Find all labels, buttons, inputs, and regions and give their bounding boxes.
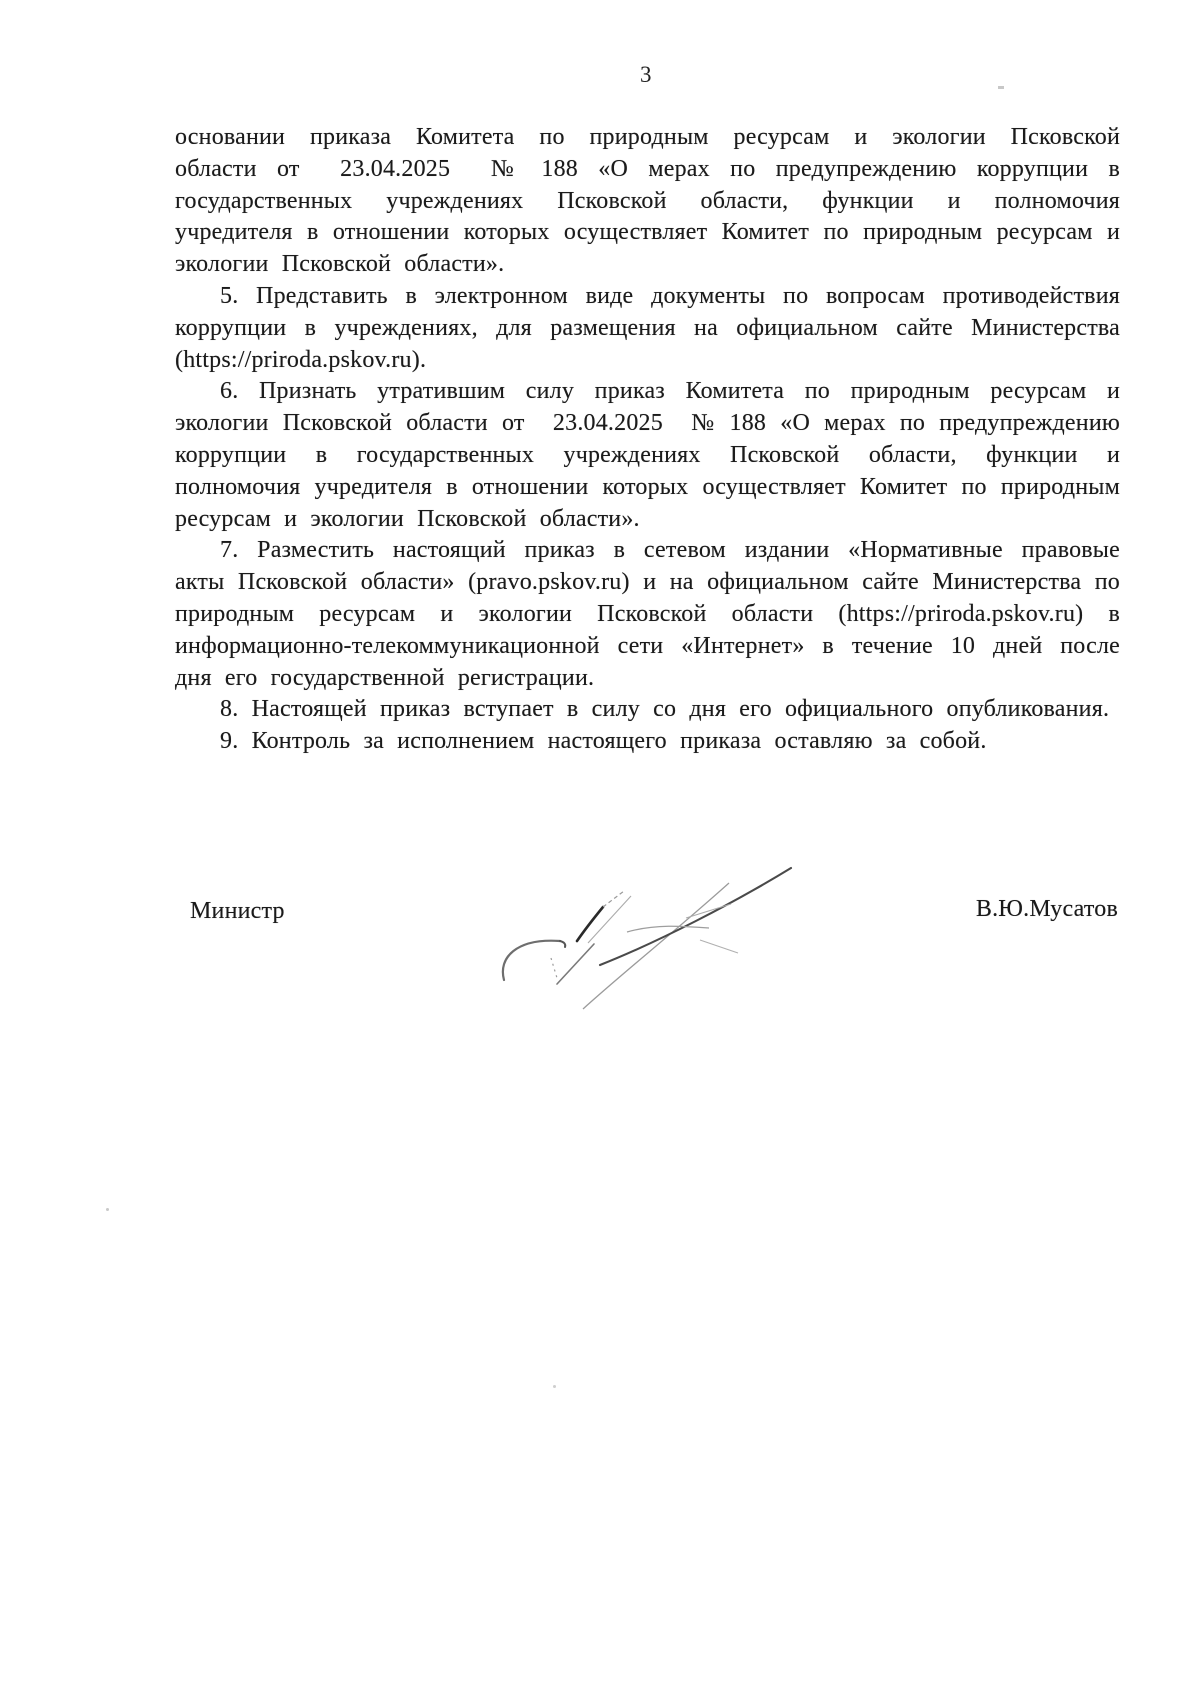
paragraph: 5. Представить в электронном виде докуме… (175, 281, 1120, 376)
paragraph: 9. Контроль за исполнением настоящего пр… (175, 726, 1120, 758)
scan-speck (106, 1208, 109, 1211)
document-body: основании приказа Комитета по природным … (175, 122, 1120, 758)
signature-scribble (490, 850, 810, 1020)
scan-speck (553, 1385, 556, 1388)
document-page: 3 основании приказа Комитета по природны… (0, 0, 1200, 1697)
paragraph: 7. Разместить настоящий приказ в сетевом… (175, 535, 1120, 694)
signature-name: В.Ю.Мусатов (976, 896, 1118, 923)
paragraph: 8. Настоящей приказ вступает в силу со д… (175, 694, 1120, 726)
scan-speck (998, 86, 1004, 89)
paragraph: основании приказа Комитета по природным … (175, 122, 1120, 281)
page-number: 3 (640, 62, 652, 88)
signature-post-label: Министр (190, 898, 285, 925)
paragraph: 6. Признать утратившим силу приказ Комит… (175, 376, 1120, 535)
